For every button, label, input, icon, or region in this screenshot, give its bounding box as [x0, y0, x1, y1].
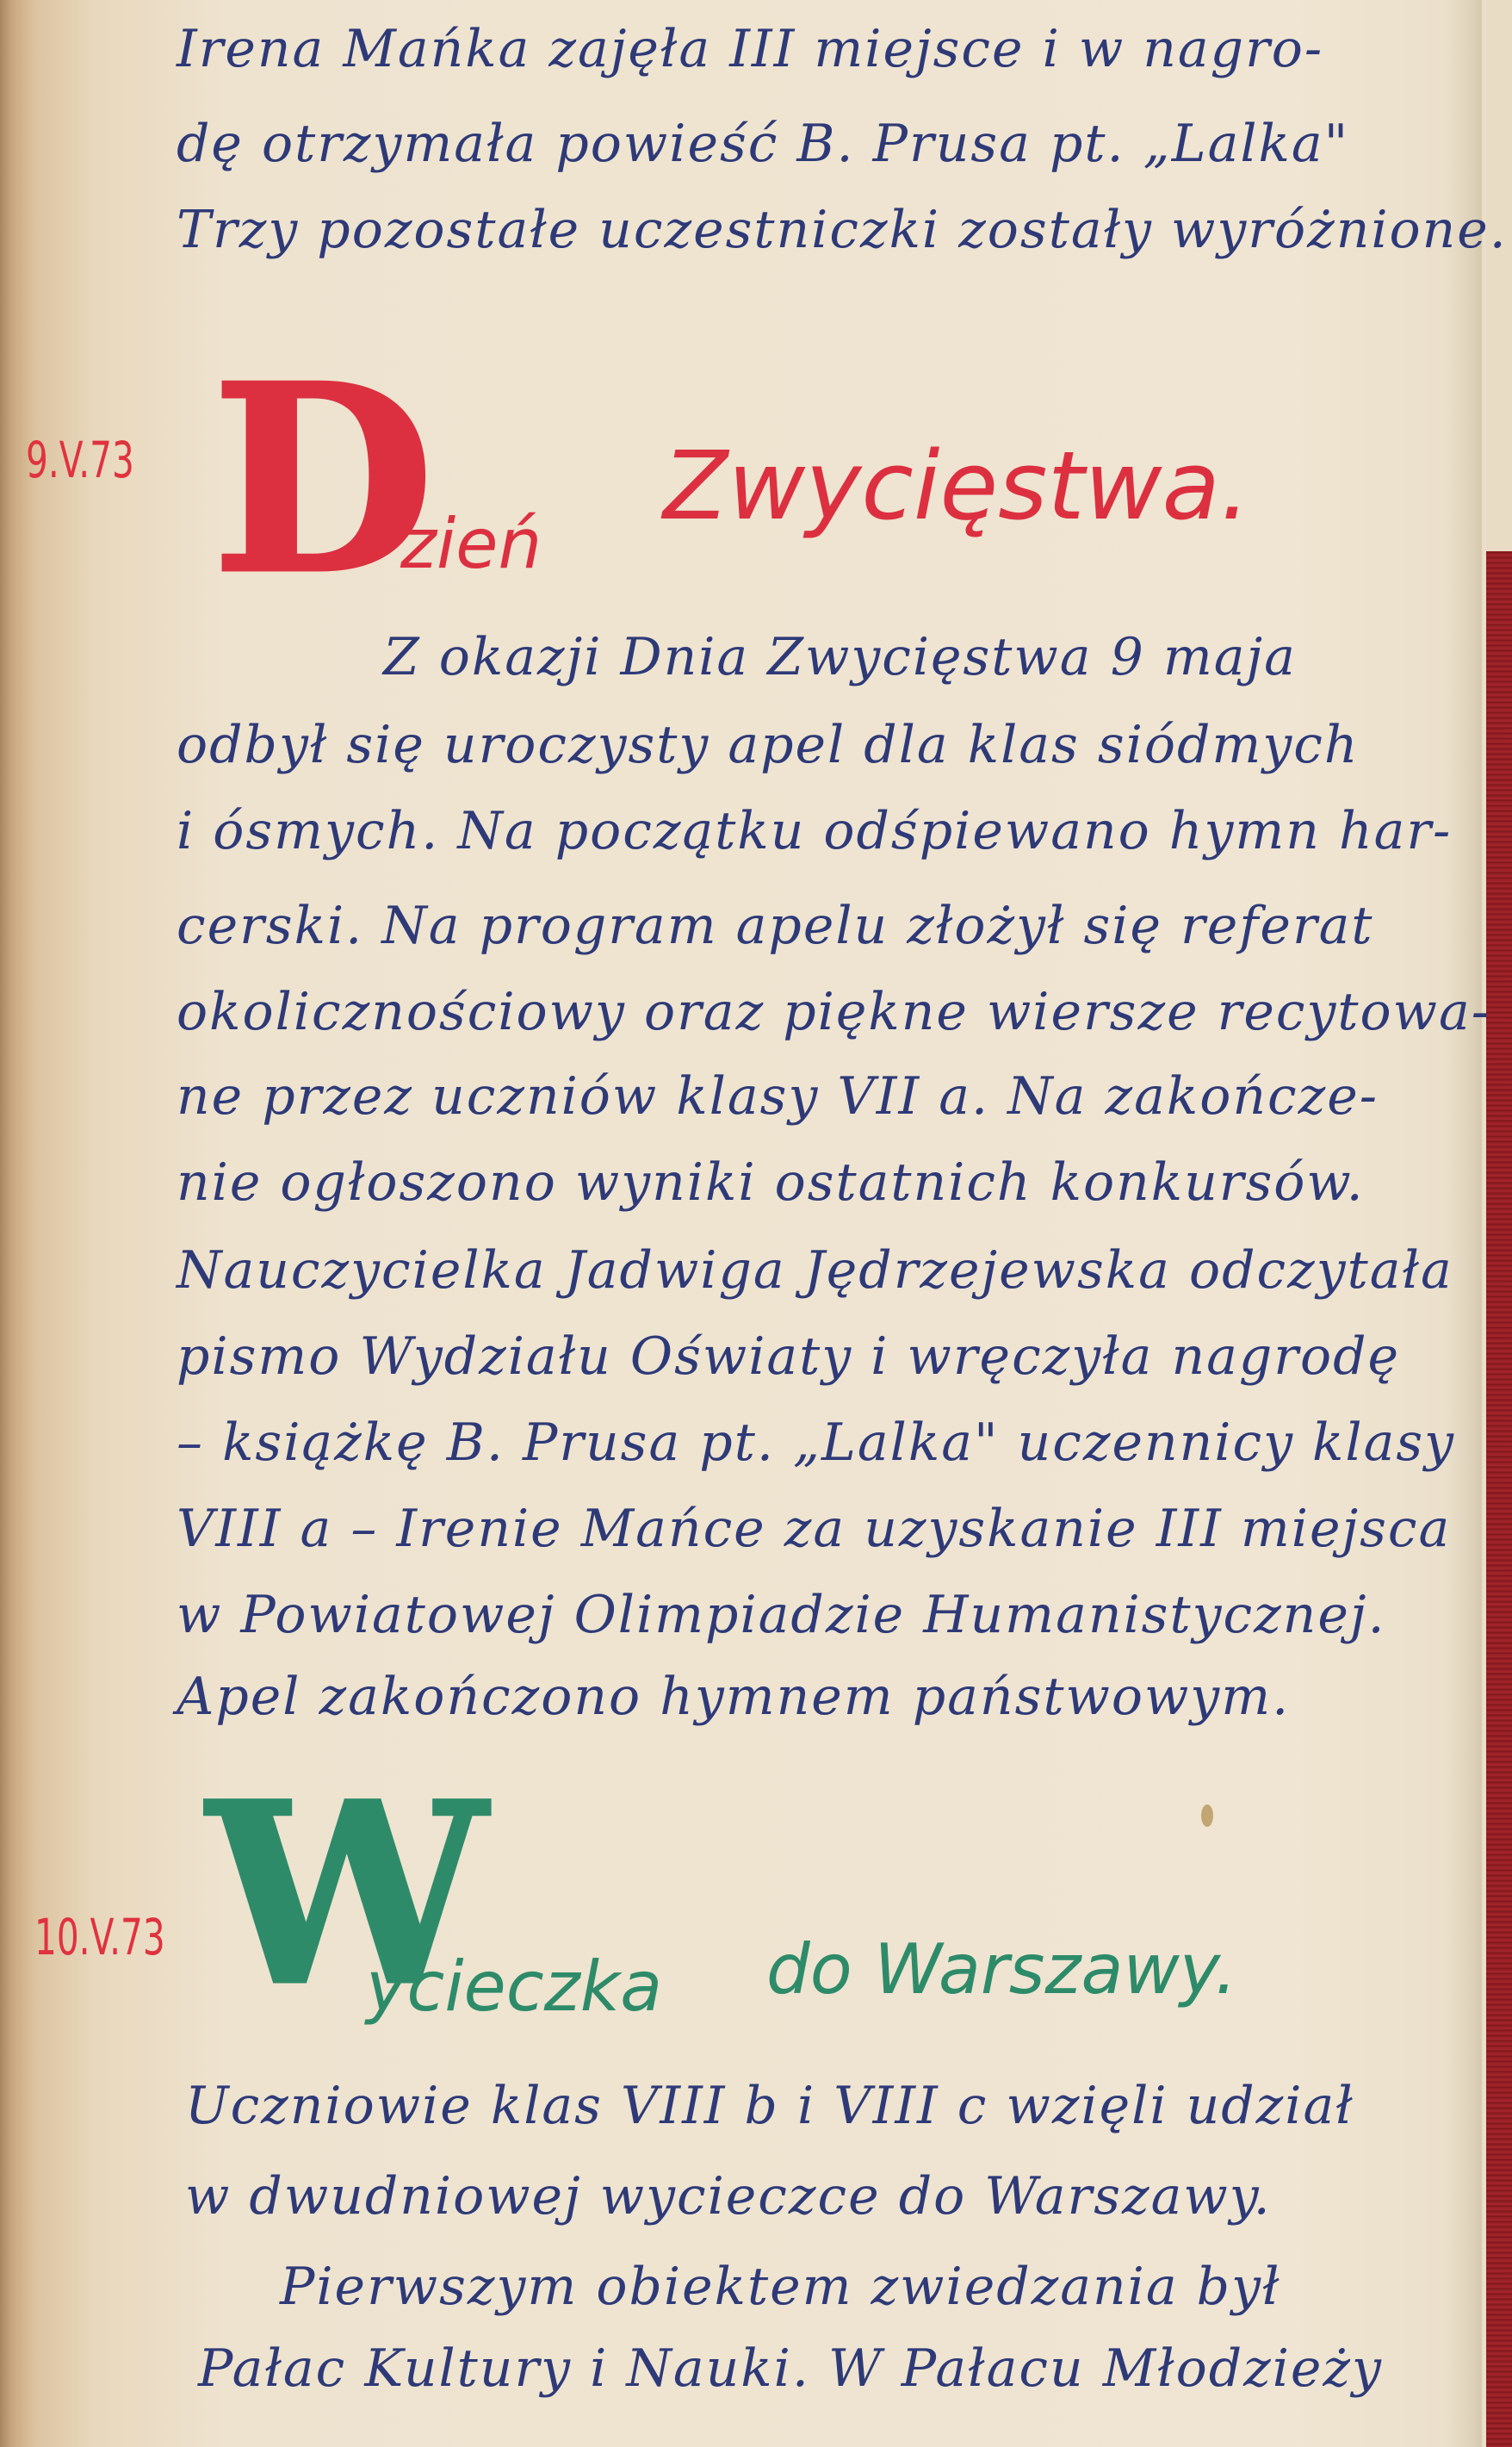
- intro-line-2: dę otrzymała powieść B. Prusa pt. „Lalka…: [177, 114, 1512, 174]
- entry-date: 9.V.73: [26, 431, 134, 489]
- entry1-line: w Powiatowej Olimpiadzie Humanistycznej.: [177, 1585, 1512, 1645]
- intro-line-1: Irena Mańka zajęła III miejsce i w nagro…: [177, 19, 1512, 79]
- entry1-line: i ósmych. Na początku odśpiewano hymn ha…: [177, 801, 1512, 861]
- entry2-line: Pierwszym obiektem zwiedzania był: [280, 2257, 1512, 2317]
- entry1-line: odbył się uroczysty apel dla klas siódmy…: [177, 715, 1512, 775]
- entry2-line: Uczniowie klas VIII b i VIII c wzięli ud…: [185, 2076, 1512, 2136]
- heading-word2: Zwycięstwa.: [663, 431, 1250, 541]
- entry1-line: Apel zakończono hymnem państwowym.: [177, 1667, 1512, 1727]
- heading-rest-word1: ycieczka: [366, 1947, 662, 2027]
- entry1-line: VIII a – Irenie Mańce za uzyskanie III m…: [177, 1499, 1512, 1559]
- entry1-line: okolicznościowy oraz piękne wiersze recy…: [177, 982, 1512, 1042]
- entry-date: 10.V.73: [34, 1908, 165, 1966]
- decorated-initial-d: D: [211, 327, 435, 631]
- page-edge-top: [1486, 0, 1512, 551]
- entry1-line: Z okazji Dnia Zwycięstwa 9 maja: [383, 627, 1512, 687]
- heading-word2: do Warszawy.: [766, 1929, 1236, 2009]
- entry1-line: Nauczycielka Jadwiga Jędrzejewska odczyt…: [177, 1240, 1512, 1301]
- paper-stain: [1201, 1804, 1213, 1827]
- entry1-line: cerski. Na program apelu złożył się refe…: [177, 896, 1512, 956]
- entry1-line: – książkę B. Prusa pt. „Lalka" uczennicy…: [177, 1413, 1512, 1473]
- entry1-line: nie ogłoszono wyniki ostatnich konkursów…: [177, 1152, 1512, 1213]
- entry2-line: Pałac Kultury i Nauki. W Pałacu Młodzież…: [198, 2338, 1512, 2399]
- entry1-line: ne przez uczniów klasy VII a. Na zakończ…: [177, 1066, 1512, 1127]
- entry1-line: pismo Wydziału Oświaty i wręczyła nagrod…: [177, 1326, 1512, 1387]
- entry2-line: w dwudniowej wycieczce do Warszawy.: [185, 2166, 1512, 2227]
- intro-line-3: Trzy pozostałe uczestniczki zostały wyró…: [177, 200, 1512, 260]
- heading-rest-word1: zień: [400, 504, 542, 584]
